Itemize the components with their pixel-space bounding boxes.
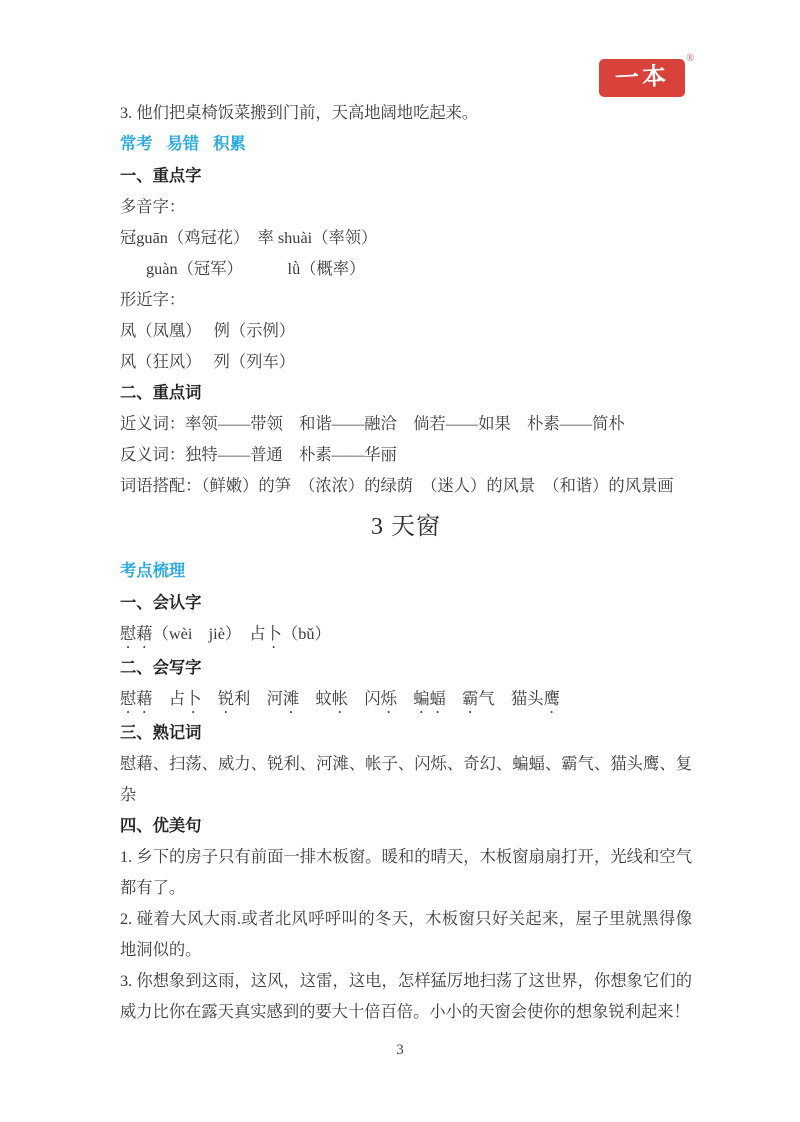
line-segment xyxy=(201,689,217,708)
line-segment: 气 猫头 xyxy=(478,689,543,708)
youmeiju-sentence-2: 2. 碰着大风大雨.或者北风呼呼叫的冬天，木板窗只好关起来，屋子里就黑得像地洞似… xyxy=(120,903,692,965)
line-segment: 利 河 xyxy=(234,689,283,708)
heading-zhongdianzi: 一、重点字 xyxy=(120,160,692,191)
document-page: 一本 ® 3. 他们把桌椅饭菜搬到门前，天高地阔地吃起来。 常考易错积累 一、重… xyxy=(0,0,800,1122)
line-segment: 闪 xyxy=(348,689,381,708)
shujici-line: 慰藉、扫荡、威力、锐利、河滩、帐子、闪烁、奇幻、蝙蝠、霸气、猫头鹰、复杂 xyxy=(120,748,692,810)
xingjinzi-label: 形近字： xyxy=(120,284,692,315)
jinyici-line: 近义词：率领——带领 和谐——融洽 倘若——如果 朴素——简朴 xyxy=(120,408,692,439)
tag-yicuo: 易错 xyxy=(167,135,200,153)
emphasized-chars: 蝙蝠 xyxy=(413,689,446,708)
emphasized-chars: 鹰 xyxy=(544,689,560,708)
heading-youmeiju: 四、优美句 xyxy=(120,810,692,841)
tag-kaodian-shuli: 考点梳理 xyxy=(120,562,185,580)
intro-sentence: 3. 他们把桌椅饭菜搬到门前，天高地阔地吃起来。 xyxy=(120,97,692,128)
line-segment xyxy=(397,689,413,708)
duoyin-row-2: guàn（冠军） lǜ（概率） xyxy=(120,253,692,284)
line-segment: （wèi jiè） 占 xyxy=(153,624,266,643)
logo-wordmark: 一本 xyxy=(614,65,669,92)
line-segment xyxy=(446,689,462,708)
tag-changkao: 常考 xyxy=(120,135,153,153)
ciyu-dapei-line: 词语搭配：（鲜嫩）的笋 （浓浓）的绿荫 （迷人）的风景 （和谐）的风景画 xyxy=(120,470,692,501)
line-segment: 蚊 xyxy=(299,689,332,708)
emphasized-chars: 卜 xyxy=(266,624,282,643)
tag-jilei: 积累 xyxy=(213,135,246,153)
youmeiju-sentence-3: 3. 你想象到这雨，这风，这雷，这电，怎样猛厉地扫荡了这世界，你想象它们的威力比… xyxy=(120,965,692,1027)
kaodian-shuli-row: 考点梳理 xyxy=(120,555,692,587)
emphasized-chars: 慰藉 xyxy=(120,689,153,708)
emphasized-chars: 卜 xyxy=(185,689,201,708)
page-content: 3. 他们把桌椅饭菜搬到门前，天高地阔地吃起来。 常考易错积累 一、重点字 多音… xyxy=(120,97,692,1027)
emphasized-chars: 帐 xyxy=(332,689,348,708)
emphasized-chars: 锐 xyxy=(218,689,234,708)
huirenzi-line: 慰藉（wèi jiè） 占卜（bǔ） xyxy=(120,618,692,652)
lesson-title: 3 天窗 xyxy=(120,509,692,545)
xingjin-row-1: 凤（凤凰） 例（示例） xyxy=(120,315,692,346)
yiben-brand-logo: 一本 ® xyxy=(599,59,685,97)
line-segment: （bǔ） xyxy=(282,624,331,643)
youmeiju-sentence-1: 1. 乡下的房子只有前面一排木板窗。暖和的晴天，木板窗扇扇打开，光线和空气都有了… xyxy=(120,841,692,903)
heading-huixiezi: 二、会写字 xyxy=(120,652,692,683)
line-segment: 占 xyxy=(153,689,186,708)
fanyici-line: 反义词：独特——普通 朴素——华丽 xyxy=(120,439,692,470)
emphasized-chars: 滩 xyxy=(283,689,299,708)
heading-zhongdianci: 二、重点词 xyxy=(120,377,692,408)
huixiezi-line: 慰藉 占卜 锐利 河滩 蚊帐 闪烁 蝙蝠 霸气 猫头鹰 xyxy=(120,683,692,717)
duoyin-row-1: 冠guān（鸡冠花） 率 shuài（率领） xyxy=(120,222,692,253)
emphasized-chars: 慰藉 xyxy=(120,624,153,643)
registered-trademark-symbol: ® xyxy=(686,54,694,64)
heading-huirenzi: 一、会认字 xyxy=(120,587,692,618)
emphasized-chars: 烁 xyxy=(381,689,397,708)
page-number: 3 xyxy=(0,1040,800,1060)
review-tags-row: 常考易错积累 xyxy=(120,128,692,160)
emphasized-chars: 霸 xyxy=(462,689,478,708)
duoyinzi-label: 多音字： xyxy=(120,191,692,222)
xingjin-row-2: 风（狂风） 列（列车） xyxy=(120,346,692,377)
heading-shujici: 三、熟记词 xyxy=(120,717,692,748)
